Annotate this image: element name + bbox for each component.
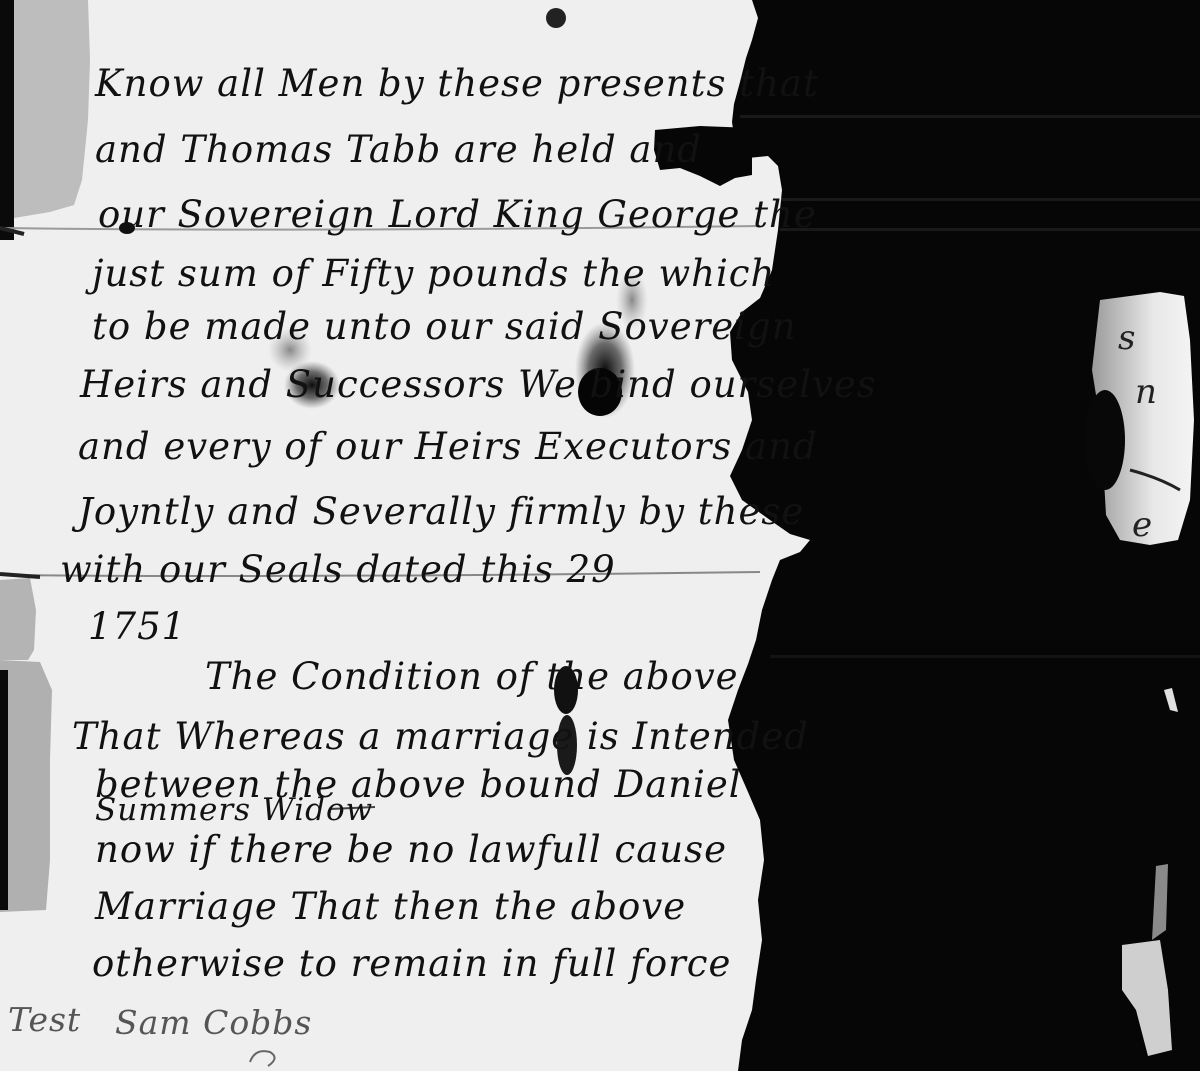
tape-strip (0, 578, 36, 660)
text-line: now if there be no lawfull cause (95, 828, 727, 871)
witness-label: Test (8, 1000, 81, 1039)
text-line: to be made unto our said Sovereign (92, 305, 797, 348)
text-line: The Condition of the above (205, 655, 739, 698)
text-line: Marriage That then the above (95, 885, 686, 928)
text-line: Know all Men by these presents that (95, 62, 819, 105)
fragment-text: e (1132, 505, 1152, 545)
text-line: otherwise to remain in full force (92, 942, 731, 985)
witness-signature: Sam Cobbs (115, 1003, 312, 1042)
text-line: and Thomas Tabb are held and (95, 128, 702, 171)
text-line: That Whereas a marriage is Intended (72, 715, 809, 758)
date-year: 1751 (88, 605, 186, 648)
paper-fragment (1164, 688, 1178, 712)
text-line: Summers Widow (95, 792, 373, 828)
text-line: Heirs and Successors We bind ourselves (80, 363, 877, 406)
left-edge-shadow (0, 670, 8, 910)
paper-fragment (1152, 864, 1168, 940)
paper-fragment (1122, 940, 1172, 1056)
text-line: and every of our Heirs Executors and (78, 425, 818, 468)
text-line: just sum of Fifty pounds the which (92, 252, 775, 295)
text-line: with our Seals dated this 29 (60, 548, 616, 591)
text-line: our Sovereign Lord King George the (98, 193, 817, 236)
fragment-text: n (1135, 372, 1157, 412)
ink-stain (546, 8, 566, 28)
left-edge-shadow (0, 0, 14, 240)
fragment-text: s (1118, 318, 1135, 358)
burn-shadow (1085, 390, 1125, 490)
scanned-document: Know all Men by these presents that and … (0, 0, 1200, 1071)
tape-strip (14, 0, 90, 218)
text-line: Joyntly and Severally firmly by these (78, 490, 804, 533)
